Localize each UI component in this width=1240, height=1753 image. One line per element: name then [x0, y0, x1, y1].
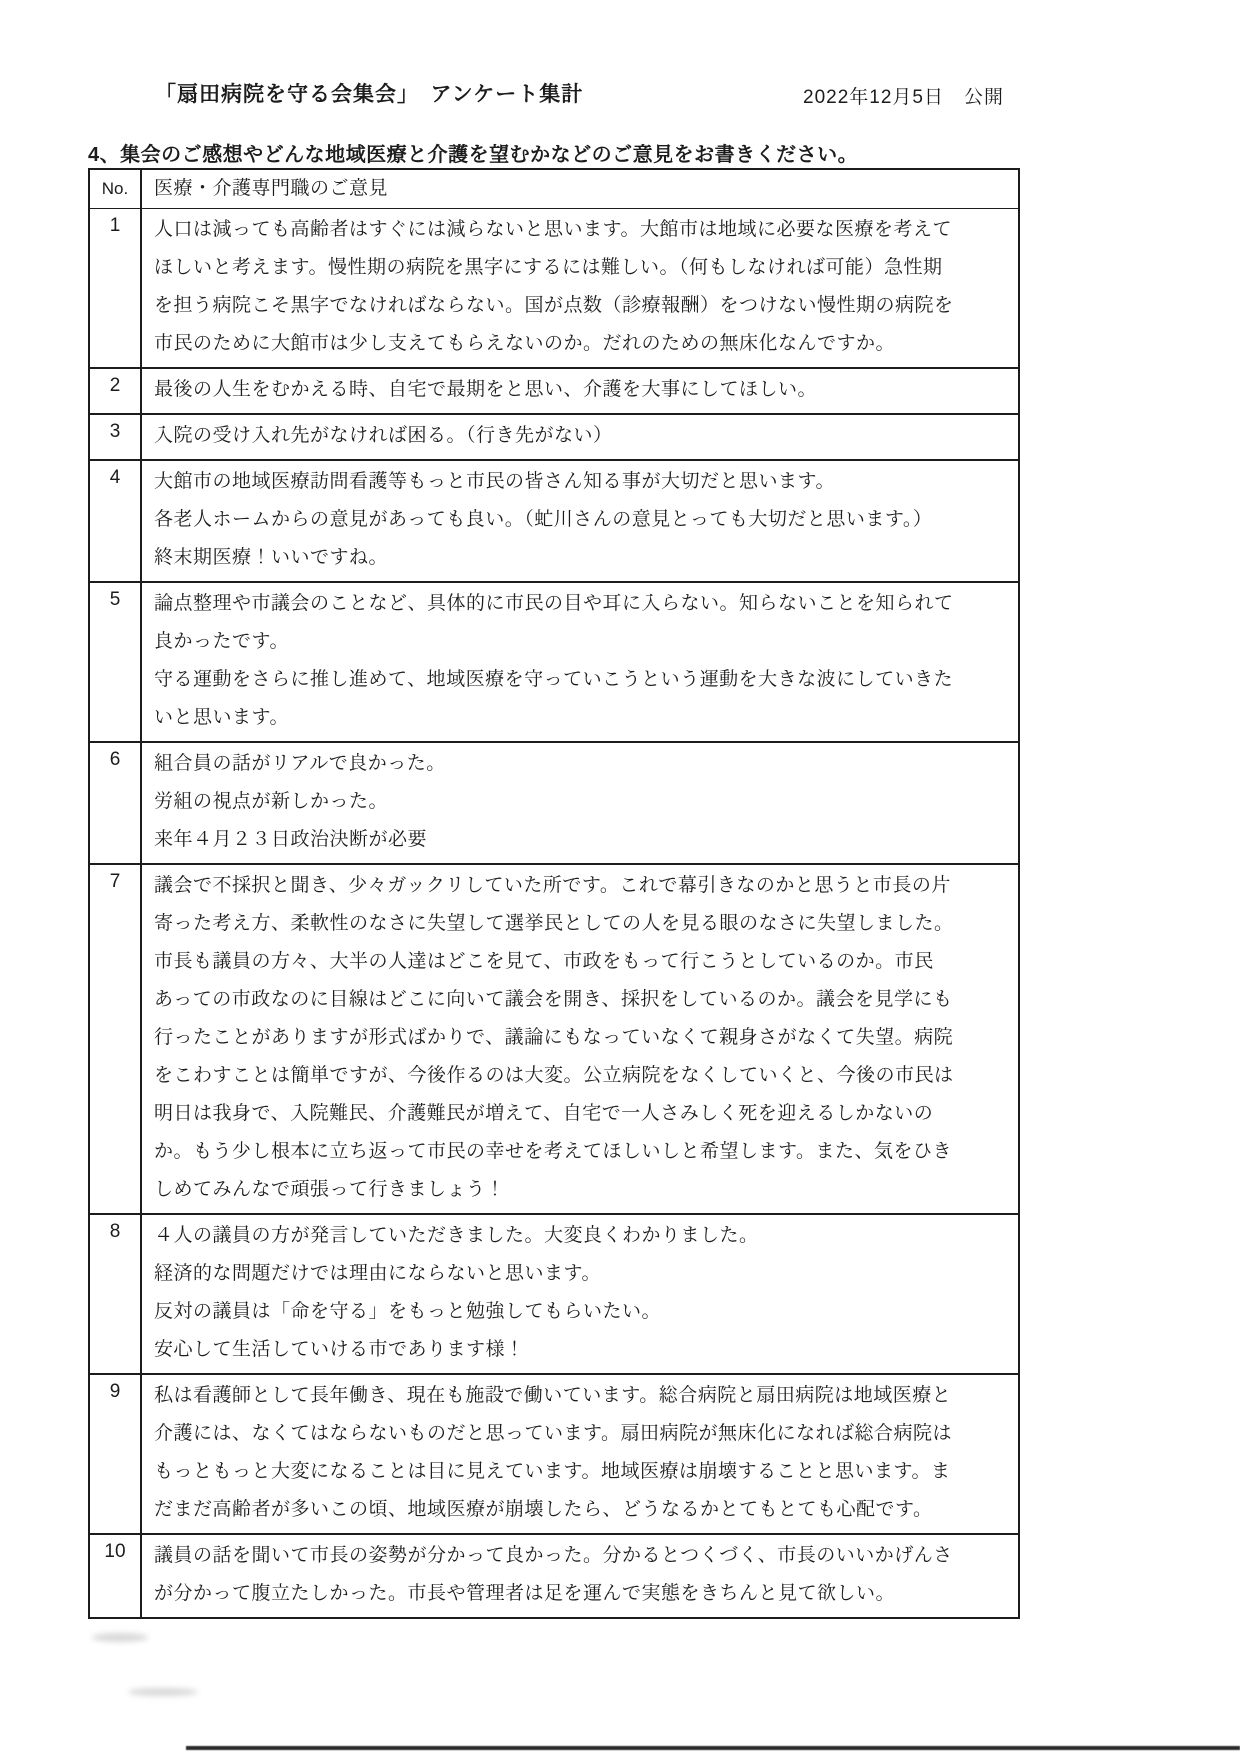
row-text: 私は看護師として長年働き、現在も施設で働いています。総合病院と扇田病院は地域医療… — [142, 1375, 1018, 1533]
row-number: 10 — [90, 1535, 142, 1617]
scan-artifact — [186, 1746, 1240, 1750]
row-text: 議会で不採択と聞き、少々ガックリしていた所です。これで幕引きなのかと思うと市長の… — [142, 865, 1018, 1213]
row-text: 人口は減っても高齢者はすぐには減らないと思います。大館市は地域に必要な医療を考え… — [142, 209, 1018, 367]
row-number: 8 — [90, 1215, 142, 1373]
row-number: 1 — [90, 209, 142, 367]
table-row: 5 論点整理や市議会のことなど、具体的に市民の目や耳に入らない。知らないことを知… — [90, 581, 1018, 741]
scanned-document-page: 「扇田病院を守る会集会」 アンケート集計 2022年12月5日 公開 4、集会の… — [0, 0, 1240, 1753]
row-text: 入院の受け入れ先がなければ困る。（行き先がない） — [142, 415, 1018, 459]
table-row: 2 最後の人生をむかえる時、自宅で最期をと思い、介護を大事にしてほしい。 — [90, 367, 1018, 413]
row-text: 論点整理や市議会のことなど、具体的に市民の目や耳に入らない。知らないことを知られ… — [142, 583, 1018, 741]
row-text: 大館市の地域医療訪問看護等もっと市民の皆さん知る事が大切だと思います。 各老人ホ… — [142, 461, 1018, 581]
table-row: 6 組合員の話がリアルで良かった。 労組の視点が新しかった。 来年４月２３日政治… — [90, 741, 1018, 863]
table-row: 8 ４人の議員の方が発言していただきました。大変良くわかりました。 経済的な問題… — [90, 1213, 1018, 1373]
table-row: 1 人口は減っても高齢者はすぐには減らないと思います。大館市は地域に必要な医療を… — [90, 209, 1018, 367]
row-number: 2 — [90, 369, 142, 413]
table-row: 7 議会で不採択と聞き、少々ガックリしていた所です。これで幕引きなのかと思うと市… — [90, 863, 1018, 1213]
table-header-row: No. 医療・介護専門職のご意見 — [90, 170, 1018, 209]
column-header-no: No. — [90, 170, 142, 208]
column-header-opinion: 医療・介護専門職のご意見 — [142, 170, 1018, 208]
document-title: 「扇田病院を守る会集会」 アンケート集計 — [155, 78, 583, 108]
table-row: 10 議員の話を聞いて市長の姿勢が分かって良かった。分かるとつくづく、市長のいい… — [90, 1533, 1018, 1617]
row-text: 組合員の話がリアルで良かった。 労組の視点が新しかった。 来年４月２３日政治決断… — [142, 743, 1018, 863]
opinion-table: No. 医療・介護専門職のご意見 1 人口は減っても高齢者はすぐには減らないと思… — [88, 168, 1020, 1619]
section-4-heading: 4、集会のご感想やどんな地域医療と介護を望むかなどのご意見をお書きください。 — [88, 138, 858, 167]
row-text: ４人の議員の方が発言していただきました。大変良くわかりました。 経済的な問題だけ… — [142, 1215, 1018, 1373]
row-number: 4 — [90, 461, 142, 581]
row-number: 6 — [90, 743, 142, 863]
row-number: 9 — [90, 1375, 142, 1533]
scan-artifact — [92, 1633, 148, 1642]
table-row: 9 私は看護師として長年働き、現在も施設で働いています。総合病院と扇田病院は地域… — [90, 1373, 1018, 1533]
table-row: 3 入院の受け入れ先がなければ困る。（行き先がない） — [90, 413, 1018, 459]
row-text: 最後の人生をむかえる時、自宅で最期をと思い、介護を大事にしてほしい。 — [142, 369, 1018, 413]
row-text: 議員の話を聞いて市長の姿勢が分かって良かった。分かるとつくづく、市長のいいかげん… — [142, 1535, 1018, 1617]
table-row: 4 大館市の地域医療訪問看護等もっと市民の皆さん知る事が大切だと思います。 各老… — [90, 459, 1018, 581]
row-number: 7 — [90, 865, 142, 1213]
scan-artifact — [128, 1688, 198, 1696]
row-number: 3 — [90, 415, 142, 459]
publish-date: 2022年12月5日 公開 — [803, 82, 1004, 109]
opinion-table-body: 1 人口は減っても高齢者はすぐには減らないと思います。大館市は地域に必要な医療を… — [90, 209, 1018, 1617]
row-number: 5 — [90, 583, 142, 741]
